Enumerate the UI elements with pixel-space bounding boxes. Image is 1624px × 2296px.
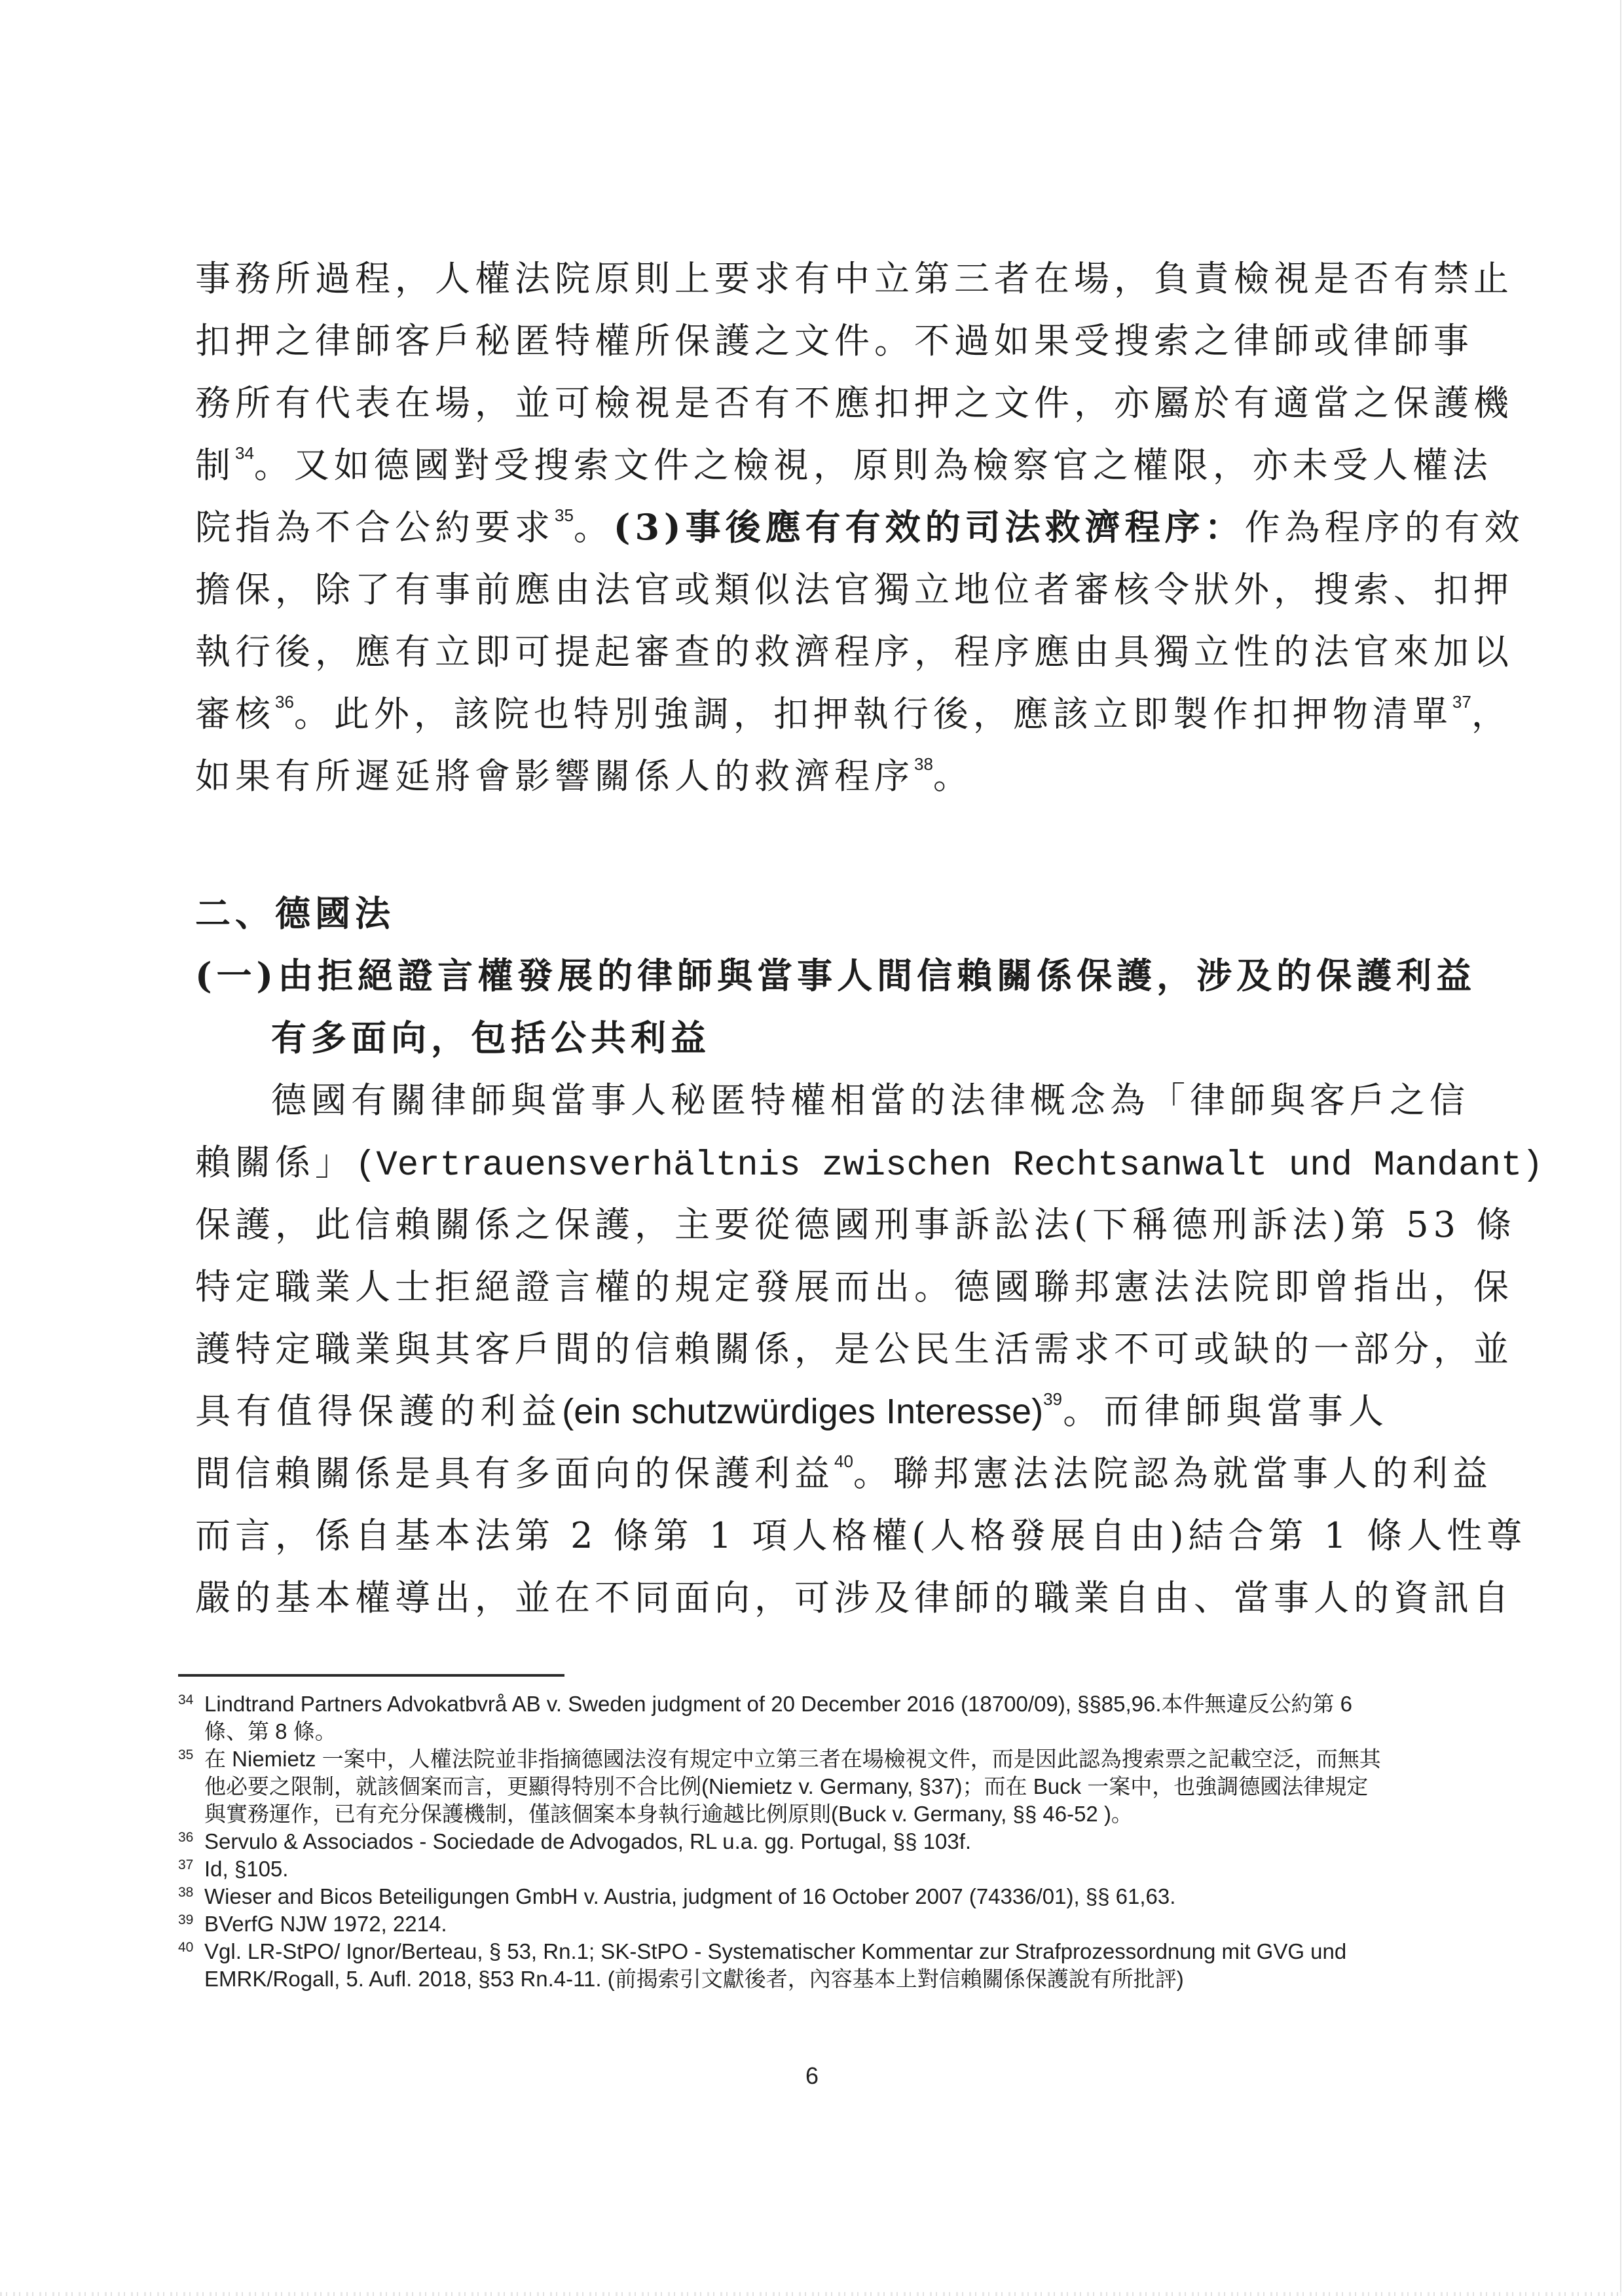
text-run: 。聯邦憲法法院認為就當事人的利益 bbox=[853, 1453, 1492, 1494]
scan-edge-line bbox=[1620, 0, 1621, 2296]
text-run: 院指為不合公約要求 bbox=[195, 507, 555, 548]
text-line: 而言，係自基本法第 2 條第 1 項人格權(人格發展自由)結合第 1 條人性尊 bbox=[195, 1504, 1388, 1567]
footnote-ref[interactable]: 38 bbox=[914, 754, 933, 774]
text-line: 院指為不合公約要求35。(3)事後應有有效的司法救濟程序：作為程序的有效 bbox=[195, 496, 1388, 558]
footnotes: 34 Lindtrand Partners Advokatbvrå AB v. … bbox=[178, 1690, 1390, 1993]
text-line: 德國有關律師與當事人秘匿特權相當的法律概念為「律師與客戶之信 bbox=[195, 1069, 1388, 1131]
text-line: 扣押之律師客戶秘匿特權所保護之文件。不過如果受搜索之律師或律師事 bbox=[195, 310, 1388, 372]
footnote-ref[interactable]: 39 bbox=[1043, 1389, 1062, 1409]
text-line: 特定職業人士拒絕證言權的規定發展而出。德國聯邦憲法法院即曾指出，保 bbox=[195, 1256, 1388, 1318]
footnote-38: 38 Wieser and Bicos Beteiligungen GmbH v… bbox=[178, 1883, 1390, 1910]
footnote-text: Wieser and Bicos Beteiligungen GmbH v. A… bbox=[204, 1884, 1175, 1908]
text-line: 間信賴關係是具有多面向的保護利益40。聯邦憲法法院認為就當事人的利益 bbox=[195, 1442, 1388, 1504]
text-line: 審核36。此外，該院也特別強調，扣押執行後，應該立即製作扣押物清單37， bbox=[195, 683, 1388, 745]
text-run: 如果有所遲延將會影響關係人的救濟程序 bbox=[195, 756, 914, 797]
paragraph-german-law: 德國有關律師與當事人秘匿特權相當的法律概念為「律師與客戶之信 賴關係」(Vert… bbox=[195, 1069, 1388, 1629]
footnote-text: Servulo & Associados - Sociedade de Advo… bbox=[204, 1829, 971, 1853]
footnote-40: 40 Vgl. LR-StPO/ Ignor/Berteau, § 53, Rn… bbox=[178, 1938, 1390, 1993]
footnote-ref[interactable]: 40 bbox=[834, 1451, 853, 1471]
text-line: 具有值得保護的利益(ein schutzwürdiges Interesse)3… bbox=[195, 1380, 1388, 1442]
text-line: 如果有所遲延將會影響關係人的救濟程序38。 bbox=[195, 745, 1388, 807]
text-run: 間信賴關係是具有多面向的保護利益 bbox=[195, 1453, 834, 1494]
text-line: 護特定職業與其客戶間的信賴關係，是公民生活需求不可或缺的一部分，並 bbox=[195, 1318, 1388, 1380]
text-line: 務所有代表在場，並可檢視是否有不應扣押之文件，亦屬於有適當之保護機 bbox=[195, 372, 1388, 434]
text-run: 。而律師與當事人 bbox=[1062, 1391, 1388, 1432]
footnote-37: 37 Id, §105. bbox=[178, 1855, 1390, 1883]
text-run: ， bbox=[1471, 693, 1511, 735]
text-run: 賴關係」 bbox=[195, 1142, 355, 1183]
subsection-heading-line: 有多面向，包括公共利益 bbox=[195, 1007, 1388, 1069]
section-heading-text: 二、德國法 bbox=[195, 883, 1388, 945]
footnote-text: 在 Niemietz 一案中，人權法院並非指摘德國法沒有規定中立第三者在場檢視文… bbox=[204, 1747, 1381, 1826]
footnote-34: 34 Lindtrand Partners Advokatbvrå AB v. … bbox=[178, 1690, 1390, 1745]
document-page: 事務所過程，人權法院原則上要求有中立第三者在場，負責檢視是否有禁止 扣押之律師客… bbox=[0, 0, 1624, 2296]
text-line: 事務所過程，人權法院原則上要求有中立第三者在場，負責檢視是否有禁止 bbox=[195, 247, 1388, 310]
footnote-text: BVerfG NJW 1972, 2214. bbox=[204, 1912, 447, 1936]
footnote-number: 40 bbox=[178, 1934, 193, 1961]
footnote-text: Id, §105. bbox=[204, 1857, 288, 1881]
section-heading: 二、德國法 bbox=[195, 883, 1388, 945]
text-line: 保護，此信賴關係之保護，主要從德國刑事訴訟法(下稱德刑訴法)第 53 條 bbox=[195, 1194, 1388, 1256]
footnote-ref[interactable]: 35 bbox=[555, 505, 574, 525]
text-run: 制 bbox=[195, 445, 235, 486]
subsection-heading: (一)由拒絕證言權發展的律師與當事人間信賴關係保護，涉及的保護利益 有多面向，包… bbox=[195, 945, 1388, 1069]
page-number: 6 bbox=[0, 2062, 1624, 2090]
footnote-36: 36 Servulo & Associados - Sociedade de A… bbox=[178, 1828, 1390, 1855]
text-line: 擔保，除了有事前應由法官或類似法官獨立地位者審核令狀外，搜索、扣押 bbox=[195, 558, 1388, 621]
footnote-number: 38 bbox=[178, 1879, 193, 1906]
subsection-heading-line: (一)由拒絕證言權發展的律師與當事人間信賴關係保護，涉及的保護利益 bbox=[195, 945, 1388, 1007]
german-term: (ein schutzwürdiges Interesse) bbox=[562, 1392, 1043, 1431]
footnote-35: 35 在 Niemietz 一案中，人權法院並非指摘德國法沒有規定中立第三者在場… bbox=[178, 1745, 1390, 1828]
footnote-separator bbox=[178, 1674, 564, 1677]
text-run: 作為程序的有效 bbox=[1245, 507, 1524, 548]
footnote-number: 37 bbox=[178, 1851, 193, 1879]
text-line: 制34。又如德國對受搜索文件之檢視，原則為檢察官之權限，亦未受人權法 bbox=[195, 434, 1388, 496]
text-run: 具有值得保護的利益 bbox=[195, 1391, 562, 1432]
text-line: 嚴的基本權導出，並在不同面向，可涉及律師的職業自由、當事人的資訊自 bbox=[195, 1567, 1388, 1629]
text-run: 。 bbox=[574, 507, 614, 548]
footnote-39: 39 BVerfG NJW 1972, 2214. bbox=[178, 1910, 1390, 1938]
footnote-number: 34 bbox=[178, 1686, 193, 1714]
text-run: 。此外，該院也特別強調，扣押執行後，應該立即製作扣押物清單 bbox=[294, 693, 1452, 735]
scan-bottom-noise bbox=[0, 2292, 1624, 2296]
text-run: 審核 bbox=[195, 693, 275, 735]
footnote-text: Lindtrand Partners Advokatbvrå AB v. Swe… bbox=[204, 1692, 1352, 1743]
text-line: 賴關係」(Vertrauensverhältnis zwischen Recht… bbox=[195, 1131, 1388, 1194]
footnote-number: 39 bbox=[178, 1906, 193, 1934]
footnote-number: 36 bbox=[178, 1824, 193, 1851]
footnote-number: 35 bbox=[178, 1741, 193, 1769]
footnote-ref[interactable]: 34 bbox=[235, 443, 254, 463]
footnote-ref[interactable]: 36 bbox=[275, 692, 294, 712]
text-line: 執行後，應有立即可提起審查的救濟程序，程序應由具獨立性的法官來加以 bbox=[195, 621, 1388, 683]
text-run: 。 bbox=[933, 756, 973, 797]
text-run: 。又如德國對受搜索文件之檢視，原則為檢察官之權限，亦未受人權法 bbox=[254, 445, 1492, 486]
inline-bold-heading: (3)事後應有有效的司法救濟程序： bbox=[614, 506, 1245, 548]
german-term: (Vertrauensverhältnis zwischen Rechtsanw… bbox=[355, 1146, 1543, 1186]
footnote-text: Vgl. LR-StPO/ Ignor/Berteau, § 53, Rn.1;… bbox=[204, 1939, 1346, 1991]
paragraph-continuation: 事務所過程，人權法院原則上要求有中立第三者在場，負責檢視是否有禁止 扣押之律師客… bbox=[195, 247, 1388, 807]
footnote-ref[interactable]: 37 bbox=[1452, 692, 1471, 712]
